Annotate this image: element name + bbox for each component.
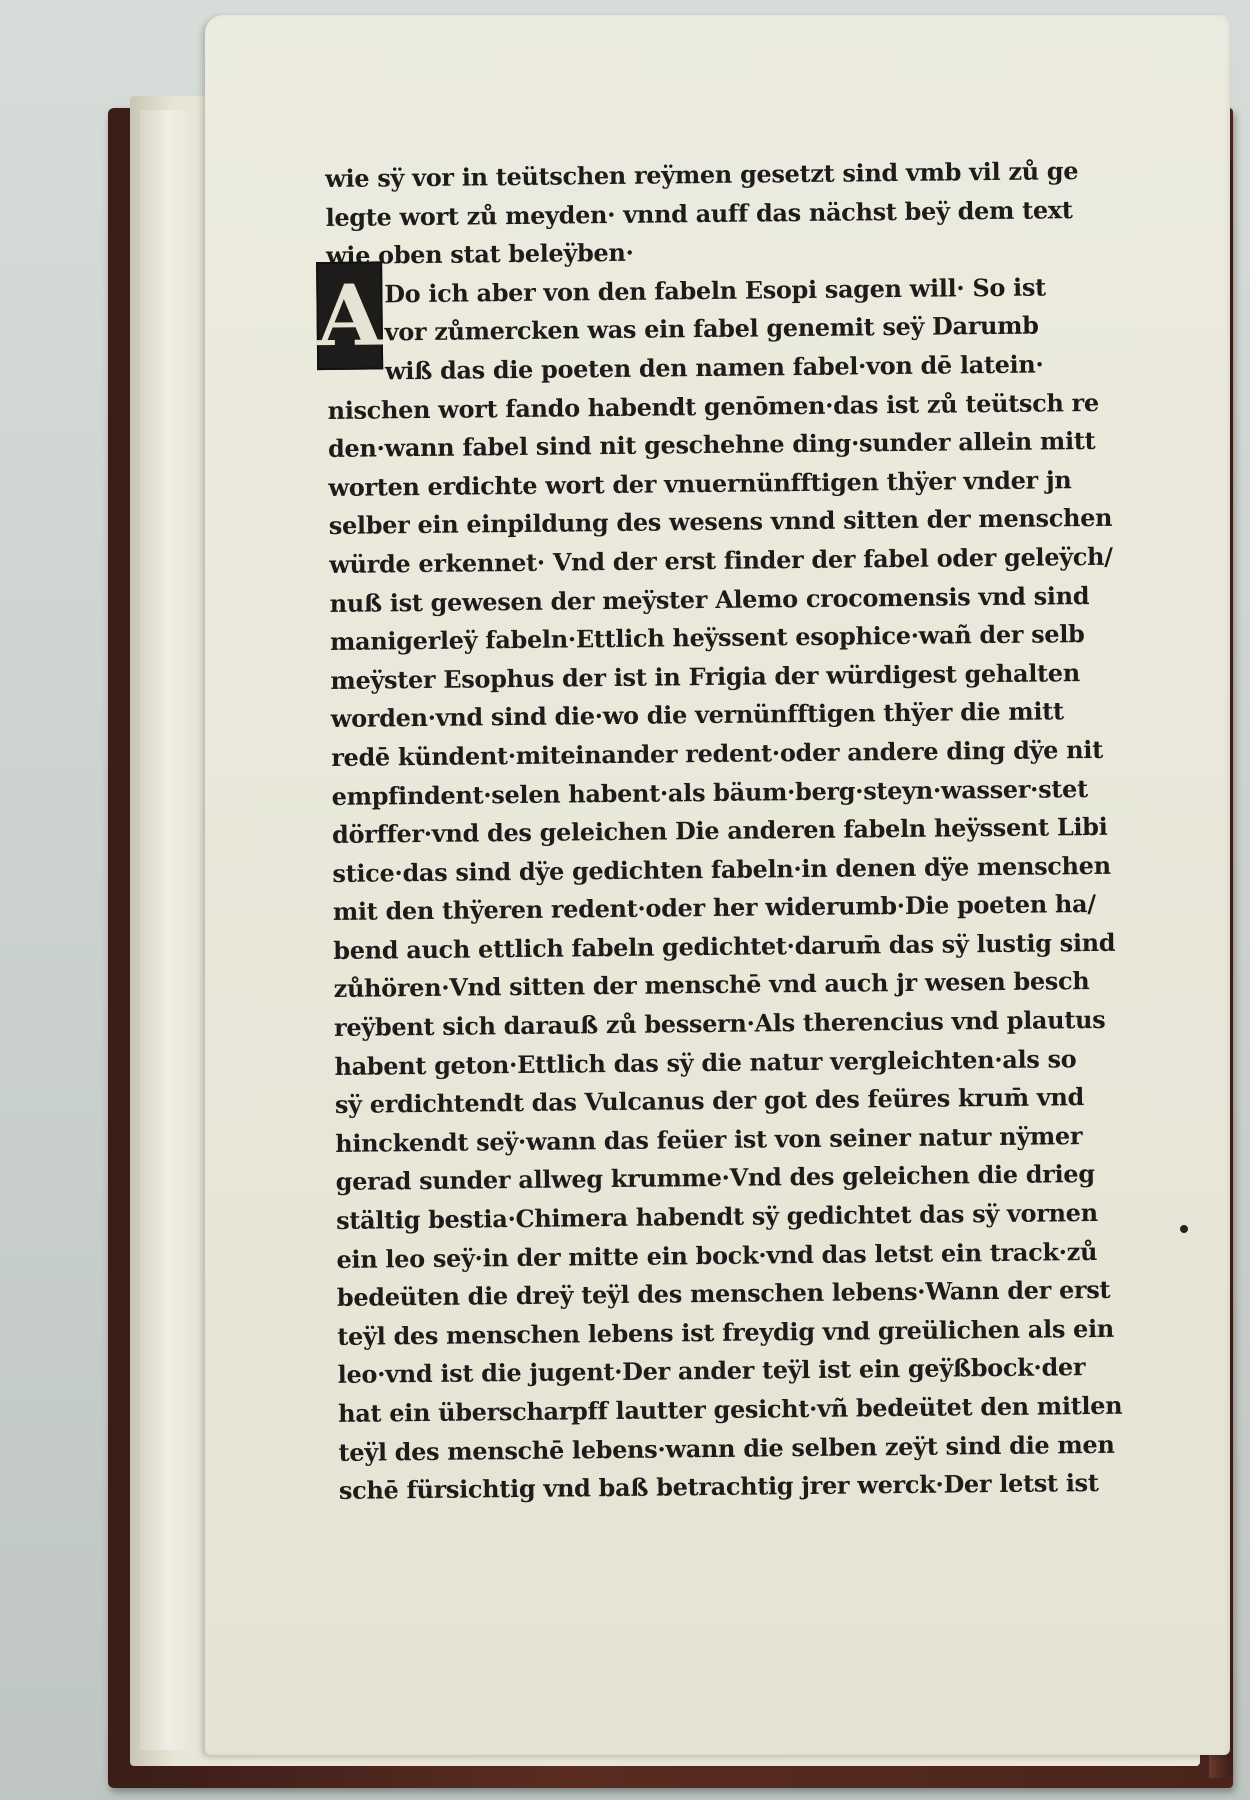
text-lines: wie sÿ vor in teütschen reÿmen gesetzt s…: [325, 151, 1159, 1510]
text-block: wie sÿ vor in teütschen reÿmen gesetzt s…: [325, 151, 1159, 1510]
book-page: wie sÿ vor in teütschen reÿmen gesetzt s…: [205, 15, 1230, 1755]
ink-speck: [1180, 1225, 1188, 1233]
left-page-edge: [140, 110, 210, 1750]
decorated-initial: A: [316, 261, 383, 370]
initial-letter: A: [317, 273, 383, 358]
text-line: schē fürsichtig vnd baß betrachtig jrer …: [339, 1464, 1158, 1511]
